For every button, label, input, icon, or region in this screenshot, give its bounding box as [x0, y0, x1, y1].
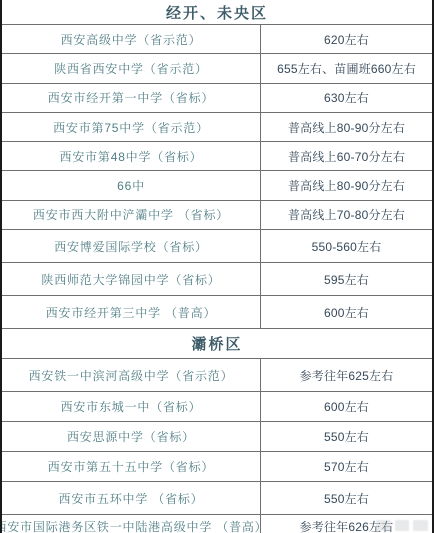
score-cell: 550左右	[261, 422, 432, 452]
school-cell: 西安市第五十五中学（省标）	[2, 452, 261, 482]
school-cell: 66中	[2, 171, 261, 200]
score-cell: 普高线上70-80分左右	[261, 201, 432, 230]
score-cell: 普高线上60-70分左右	[261, 142, 432, 171]
score-cell: 595左右	[261, 263, 432, 296]
school-cell: 西安市五环中学 （省标）	[2, 482, 261, 515]
score-cell: 600左右	[261, 296, 432, 329]
school-cell: 西安博爱国际学校（省标）	[2, 230, 261, 263]
score-cell: 参考往年626左右	[261, 515, 432, 533]
school-cell: 陕西师范大学锦园中学（省标）	[2, 263, 261, 296]
district-header-jingkai-weiyang: 经开、未央区	[2, 0, 432, 25]
school-cell: 西安市经开第一中学（省标）	[2, 84, 261, 113]
score-cell: 570左右	[261, 452, 432, 482]
score-cell: 550左右	[261, 482, 432, 515]
score-cell: 620左右	[261, 25, 432, 54]
school-cell: 西安铁一中滨河高级中学（省示范）	[2, 359, 261, 392]
school-cell: 西安高级中学（省示范）	[2, 25, 261, 54]
school-cell: 西安市经开第三中学 （普高）	[2, 296, 261, 329]
score-cell: 655左右、苗圃班660左右	[261, 54, 432, 83]
school-cell: 西安市西大附中浐灞中学 （省标）	[2, 201, 261, 230]
schools-table: 经开、未央区 西安高级中学（省示范） 620左右 陕西省西安中学（省示范） 65…	[0, 0, 434, 533]
district-header-baqiao: 灞桥区	[2, 329, 432, 359]
school-cell: 西安市国际港务区铁一中陆港高级中学 （普高）	[2, 515, 261, 533]
score-cell: 600左右	[261, 392, 432, 422]
school-cell: 陕西省西安中学（省示范）	[2, 54, 261, 83]
score-cell: 参考往年625左右	[261, 359, 432, 392]
school-cell: 西安市第48中学（省标）	[2, 142, 261, 171]
score-cell: 550-560左右	[261, 230, 432, 263]
school-cell: 西安思源中学（省标）	[2, 422, 261, 452]
school-cell: 西安市东城一中（省标）	[2, 392, 261, 422]
score-cell: 普高线上80-90分左右	[261, 171, 432, 200]
score-cell: 普高线上80-90分左右	[261, 113, 432, 142]
score-cell: 630左右	[261, 84, 432, 113]
school-cell: 西安市第75中学（省示范）	[2, 113, 261, 142]
